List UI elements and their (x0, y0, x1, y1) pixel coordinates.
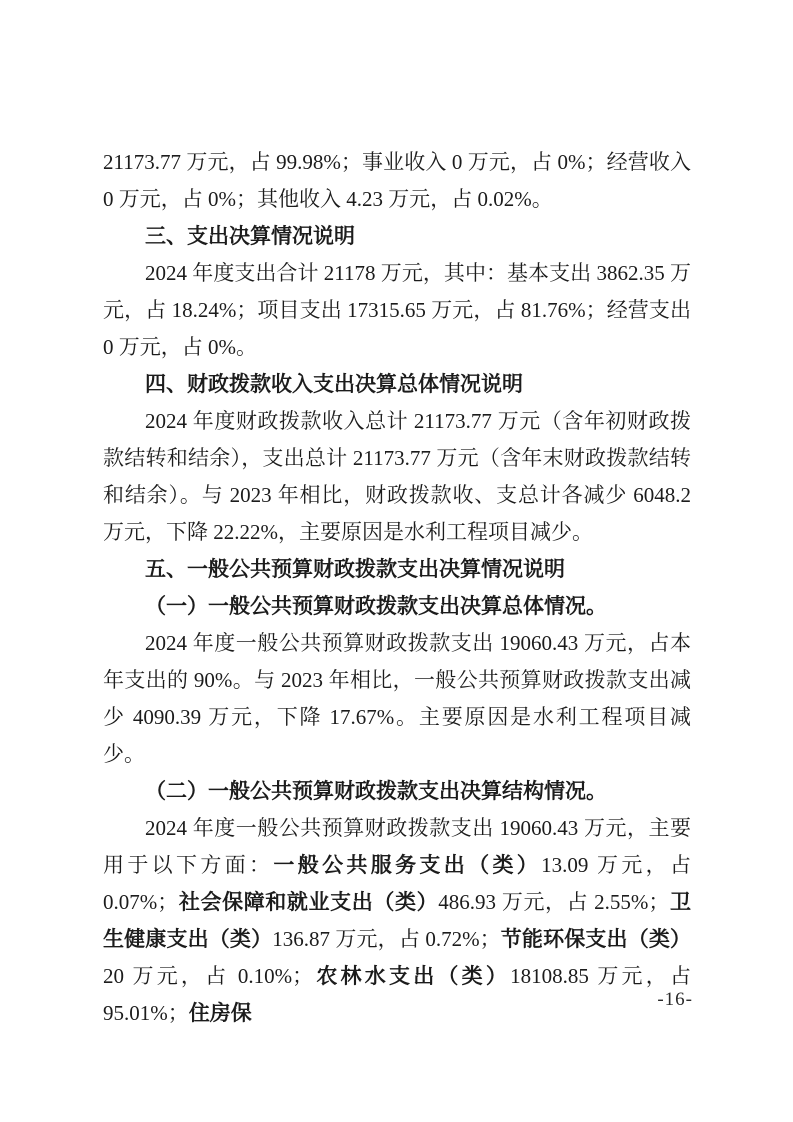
section-5-sub-1-heading: （一）一般公共预算财政拨款支出决算总体情况。 (103, 588, 691, 625)
section-5-sub-2-paragraph: 2024 年度一般公共预算财政拨款支出 19060.43 万元，主要用于以下方面… (103, 810, 691, 1032)
text-run-bold: 农林水支出（类） (313, 965, 510, 988)
text-run: 20 万元，占 0.10%； (103, 964, 313, 988)
text-run-bold: 社会保障和就业支出（类） (178, 891, 438, 914)
section-5-sub-2-heading: （二）一般公共预算财政拨款支出决算结构情况。 (103, 773, 691, 810)
section-5-heading: 五、一般公共预算财政拨款支出决算情况说明 (103, 551, 691, 588)
text-run-bold: 住房保 (189, 1002, 252, 1025)
section-4-paragraph: 2024 年度财政拨款收入总计 21173.77 万元（含年初财政拨款结转和结余… (103, 403, 691, 551)
text-run-bold: 一般公共服务支出（类） (273, 854, 541, 877)
section-3-paragraph: 2024 年度支出合计 21178 万元，其中：基本支出 3862.35 万元，… (103, 255, 691, 366)
document-page: 21173.77 万元，占 99.98%；事业收入 0 万元，占 0%；经营收入… (0, 0, 793, 1122)
paragraph-income-continuation: 21173.77 万元，占 99.98%；事业收入 0 万元，占 0%；经营收入… (103, 144, 691, 218)
section-5-sub-1-paragraph: 2024 年度一般公共预算财政拨款支出 19060.43 万元，占本年支出的 9… (103, 625, 691, 773)
text-run: 136.87 万元，占 0.72%； (272, 927, 500, 951)
section-4-heading: 四、财政拨款收入支出决算总体情况说明 (103, 366, 691, 403)
text-run-bold: 节能环保支出（类） (501, 928, 691, 951)
section-3-heading: 三、支出决算情况说明 (103, 218, 691, 255)
page-number: -16- (657, 988, 693, 1012)
text-run: 486.93 万元，占 2.55%； (438, 890, 669, 914)
